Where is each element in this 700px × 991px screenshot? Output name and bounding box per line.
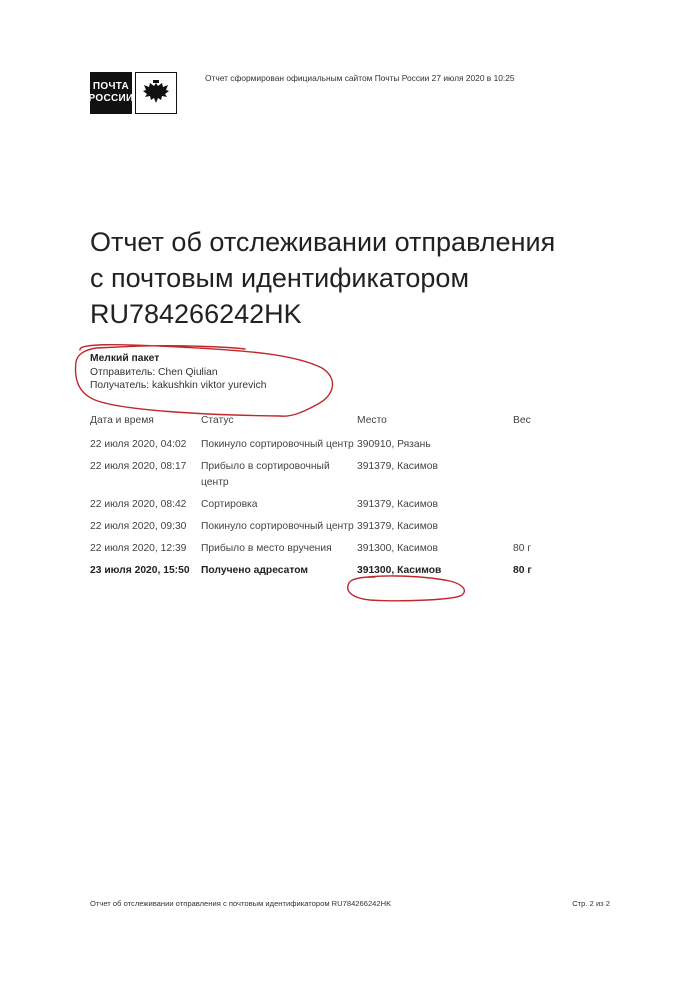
footer-report-title: Отчет об отслеживании отправления с почт…: [90, 899, 391, 908]
tracking-id: RU784266242HK: [90, 296, 555, 332]
parcel-type: Мелкий пакет: [90, 352, 266, 366]
cell-place: 391379, Касимов: [357, 459, 513, 497]
recipient: Получатель: kakushkin viktor yurevich: [90, 379, 266, 393]
column-header-datetime: Дата и время: [90, 415, 201, 437]
cell-datetime: 22 июля 2020, 08:42: [90, 497, 201, 519]
cell-place: 391300, Касимов: [357, 563, 513, 585]
table-row: 22 июля 2020, 08:17 Прибыло в сортировоч…: [90, 459, 543, 497]
double-headed-eagle-icon: [135, 72, 177, 114]
cell-datetime: 22 июля 2020, 12:39: [90, 541, 201, 563]
cell-weight: [513, 497, 543, 519]
table-row-final: 23 июля 2020, 15:50 Получено адресатом 3…: [90, 563, 543, 585]
logo-wordmark: ПОЧТА РОССИИ: [90, 72, 132, 114]
cell-status: Прибыло в сортировочный центр: [201, 459, 357, 497]
table-row: 22 июля 2020, 04:02 Покинуло сортировочн…: [90, 437, 543, 459]
column-header-place: Место: [357, 415, 513, 437]
cell-status: Покинуло сортировочный центр: [201, 437, 357, 459]
report-generated-note: Отчет сформирован официальным сайтом Поч…: [205, 73, 515, 83]
cell-place: 390910, Рязань: [357, 437, 513, 459]
cell-status: Покинуло сортировочный центр: [201, 519, 357, 541]
cell-datetime: 22 июля 2020, 04:02: [90, 437, 201, 459]
page-title: Отчет об отслеживании отправления с почт…: [90, 224, 555, 332]
parcel-info: Мелкий пакет Отправитель: Chen Qiulian П…: [90, 352, 266, 393]
column-header-weight: Вес: [513, 415, 543, 437]
sender: Отправитель: Chen Qiulian: [90, 366, 266, 380]
table-row: 22 июля 2020, 09:30 Покинуло сортировочн…: [90, 519, 543, 541]
cell-status: Получено адресатом: [201, 563, 357, 585]
cell-place: 391379, Касимов: [357, 497, 513, 519]
cell-weight: 80 г: [513, 541, 543, 563]
cell-weight: [513, 519, 543, 541]
tracking-events-table: Дата и время Статус Место Вес 22 июля 20…: [90, 415, 543, 585]
cell-datetime: 23 июля 2020, 15:50: [90, 563, 201, 585]
cell-place: 391379, Касимов: [357, 519, 513, 541]
table-row: 22 июля 2020, 12:39 Прибыло в место вруч…: [90, 541, 543, 563]
page-number: Стр. 2 из 2: [572, 899, 610, 908]
cell-datetime: 22 июля 2020, 09:30: [90, 519, 201, 541]
cell-status: Прибыло в место вручения: [201, 541, 357, 563]
table-row: 22 июля 2020, 08:42 Сортировка 391379, К…: [90, 497, 543, 519]
pochta-rossii-logo: ПОЧТА РОССИИ: [90, 72, 177, 114]
table-header-row: Дата и время Статус Место Вес: [90, 415, 543, 437]
cell-weight: [513, 437, 543, 459]
cell-weight: 80 г: [513, 563, 543, 585]
cell-weight: [513, 459, 543, 497]
cell-place: 391300, Касимов: [357, 541, 513, 563]
cell-datetime: 22 июля 2020, 08:17: [90, 459, 201, 497]
column-header-status: Статус: [201, 415, 357, 437]
cell-status: Сортировка: [201, 497, 357, 519]
